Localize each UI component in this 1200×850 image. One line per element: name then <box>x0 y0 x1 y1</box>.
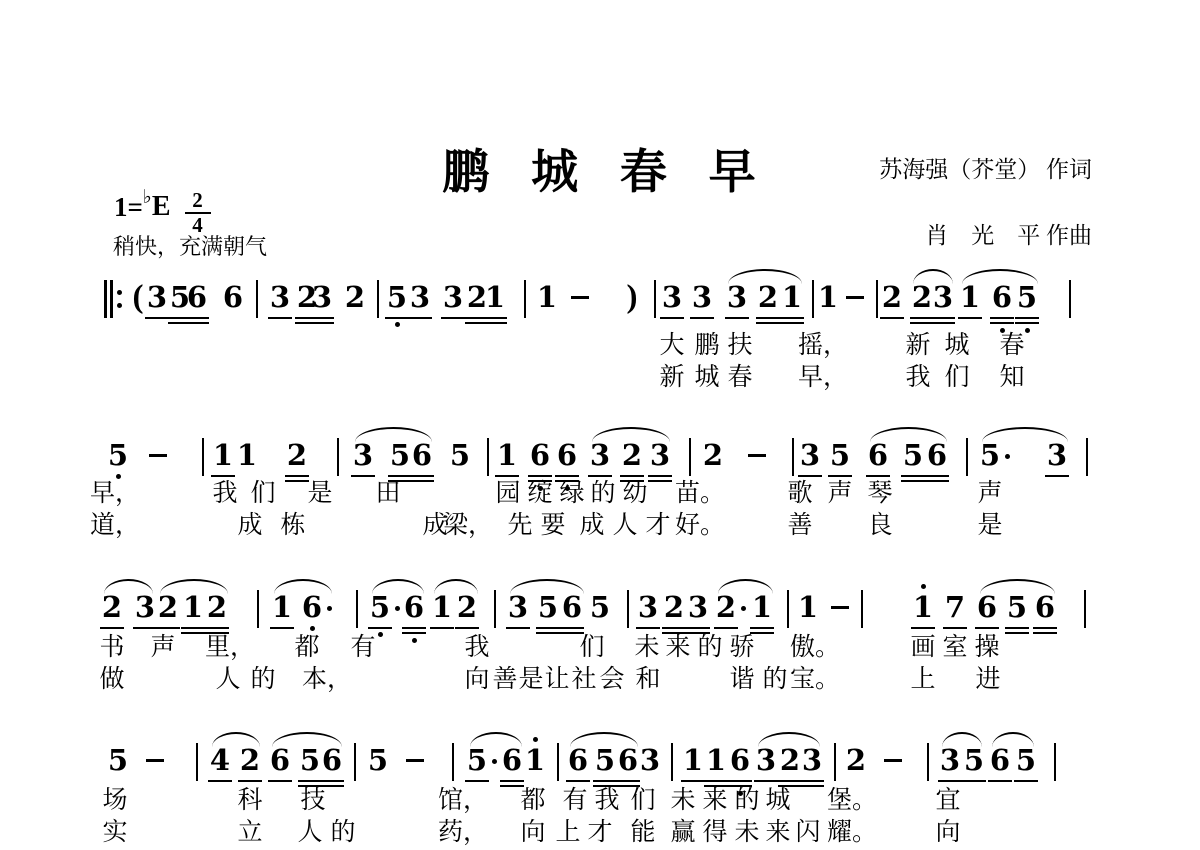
barline <box>861 590 863 628</box>
barline <box>524 280 526 318</box>
lyric-syllable: 场 <box>70 787 160 815</box>
lyric-syllable: 耀。 <box>807 819 897 847</box>
note-digit: 1 <box>521 745 549 775</box>
repeat-barline <box>110 280 113 318</box>
slur-arc <box>870 427 947 442</box>
eighth-underline <box>714 627 738 629</box>
note-digit: 5 <box>1012 745 1040 775</box>
eighth-underline <box>648 475 672 477</box>
eighth-underline <box>660 317 684 319</box>
slur-arc <box>758 732 820 747</box>
eighth-underline <box>990 317 1014 319</box>
slur-arc <box>104 579 153 594</box>
lyric-syllable: 的 <box>298 819 388 847</box>
slur-arc <box>272 732 342 747</box>
sixteenth-underline <box>185 322 209 324</box>
lyricist-credit: 苏海强（芥堂） 作词 <box>879 157 1092 182</box>
note-digit: 3 <box>308 282 336 312</box>
eighth-underline <box>681 780 705 782</box>
parenthesis: ) <box>623 280 641 314</box>
lyric-syllable: 宝。 <box>770 666 860 694</box>
eighth-underline <box>756 317 780 319</box>
slur-arc <box>274 579 332 594</box>
barline <box>627 590 629 628</box>
note-digit: 5 <box>1003 592 1031 622</box>
sixteenth-underline <box>1033 632 1057 634</box>
note-digit: 5 <box>1013 282 1041 312</box>
note-digit: 1 <box>481 282 509 312</box>
lyric-syllable: 和 <box>603 666 693 694</box>
lyric-syllable: 道， <box>70 512 160 540</box>
eighth-underline <box>866 475 890 477</box>
eighth-underline <box>1005 627 1029 629</box>
note-digit: 3 <box>636 745 664 775</box>
note-digit: 6 <box>298 592 326 622</box>
note-digit: 2 <box>283 440 311 470</box>
eighth-underline <box>828 475 852 477</box>
eighth-underline <box>636 627 660 629</box>
note-digit: 3 <box>688 282 716 312</box>
lyric-syllable: 苗。 <box>655 480 745 508</box>
note-digit: 3 <box>406 282 434 312</box>
eighth-underline <box>938 780 962 782</box>
dash-note <box>846 296 864 299</box>
lyric-syllable: 技 <box>268 787 358 815</box>
note-digit: 6 <box>864 440 892 470</box>
eighth-underline <box>616 780 640 782</box>
note-digit: 2 <box>154 592 182 622</box>
eighth-underline <box>988 780 1012 782</box>
eighth-underline <box>1015 317 1039 319</box>
eighth-underline <box>100 627 124 629</box>
eighth-underline <box>285 475 309 477</box>
slur-arc <box>355 427 432 442</box>
barline <box>487 438 489 476</box>
note-digit: 1 <box>533 282 561 312</box>
eighth-underline <box>211 475 235 477</box>
barline <box>354 743 356 781</box>
slur-arc <box>160 579 228 594</box>
note-digit: 4 <box>206 745 234 775</box>
eighth-underline <box>385 317 409 319</box>
flat-symbol: ♭ <box>143 186 152 209</box>
slur-arc <box>992 732 1034 747</box>
barline <box>494 590 496 628</box>
lyric-syllable: 声 <box>945 480 1035 508</box>
barline <box>671 743 673 781</box>
eighth-underline <box>402 627 426 629</box>
barline <box>1069 280 1071 318</box>
barline <box>1054 743 1056 781</box>
note-digit: 3 <box>684 592 712 622</box>
dash-note <box>831 606 849 609</box>
eighth-underline <box>441 317 465 319</box>
eighth-underline <box>1014 780 1038 782</box>
eighth-underline <box>754 780 778 782</box>
eighth-underline <box>506 627 530 629</box>
note-digit: 5 <box>463 745 491 775</box>
eighth-underline <box>566 780 590 782</box>
composer-credit: 肖 光 平 作曲 <box>925 223 1092 248</box>
high-octave-dot <box>533 737 538 742</box>
eighth-underline <box>270 627 294 629</box>
note-digit: 6 <box>564 745 592 775</box>
note-digit: 6 <box>400 592 428 622</box>
eighth-underline <box>1045 475 1069 477</box>
lyric-syllable: 早， <box>778 364 868 392</box>
eighth-underline <box>958 317 982 319</box>
eighth-underline <box>798 475 822 477</box>
sheet-music-page: 鹏 城 春 早 苏海强（芥堂） 作词 肖 光 平 作曲 1=♭E 2 4 稍快，… <box>0 0 1200 850</box>
barline <box>654 280 656 318</box>
note-digit: 1 <box>233 440 261 470</box>
tempo-marking: 稍快，充满朝气 <box>113 230 267 261</box>
lyric-syllable: 琴 <box>835 480 925 508</box>
eighth-underline <box>620 475 644 477</box>
slur-arc <box>728 269 802 284</box>
credits: 苏海强（芥堂） 作词 肖 光 平 作曲 <box>879 153 1092 285</box>
barline <box>377 280 379 318</box>
eighth-underline <box>662 627 686 629</box>
note-digit: 6 <box>526 440 554 470</box>
note-digit: 3 <box>1043 440 1071 470</box>
augmentation-dot <box>395 606 400 611</box>
eighth-underline <box>298 780 322 782</box>
barline <box>557 743 559 781</box>
note-digit: 6 <box>1031 592 1059 622</box>
eighth-underline <box>686 627 710 629</box>
eighth-underline <box>310 317 334 319</box>
note-digit: 2 <box>842 745 870 775</box>
eighth-underline <box>725 317 749 319</box>
lyric-syllable: 良 <box>835 512 925 540</box>
eighth-underline <box>750 627 774 629</box>
eighth-underline <box>351 475 375 477</box>
dash-note <box>884 759 902 762</box>
note-digit: 3 <box>634 592 662 622</box>
slur-arc <box>372 579 424 594</box>
eighth-underline <box>368 627 392 629</box>
augmentation-dot <box>492 759 497 764</box>
eighth-underline <box>238 780 262 782</box>
lyric-syllable: 实 <box>70 819 160 847</box>
dash-note <box>571 296 589 299</box>
barline <box>787 590 789 628</box>
eighth-underline <box>483 317 507 319</box>
meter-numerator: 2 <box>185 190 211 214</box>
eighth-underline <box>388 475 412 477</box>
eighth-underline <box>943 627 967 629</box>
sixteenth-underline <box>990 322 1014 324</box>
eighth-underline <box>975 627 999 629</box>
note-digit: 6 <box>986 745 1014 775</box>
eighth-underline <box>704 780 728 782</box>
note-digit: 2 <box>236 745 264 775</box>
eighth-underline <box>205 627 229 629</box>
slur-arc <box>982 427 1068 442</box>
lyric-syllable: 我 <box>432 634 522 662</box>
low-octave-dot <box>310 626 315 631</box>
repeat-barline <box>104 280 107 318</box>
low-octave-dot <box>412 638 417 643</box>
note-digit: 3 <box>796 440 824 470</box>
barline <box>452 743 454 781</box>
augmentation-dot <box>741 606 746 611</box>
eighth-underline <box>133 627 157 629</box>
eighth-underline <box>185 317 209 319</box>
eighth-underline <box>690 317 714 319</box>
key-tonic: E <box>152 190 171 224</box>
note-digit: 6 <box>973 592 1001 622</box>
eighth-underline <box>268 317 292 319</box>
note-digit: 6 <box>266 745 294 775</box>
eighth-underline <box>455 627 479 629</box>
lyric-syllable: 向 <box>903 819 993 847</box>
eighth-underline <box>145 317 169 319</box>
note-digit: 3 <box>504 592 532 622</box>
eighth-underline <box>1033 627 1057 629</box>
note-digit: 2 <box>453 592 481 622</box>
note-digit: 6 <box>923 440 951 470</box>
slur-arc <box>942 732 982 747</box>
dash-note <box>146 759 164 762</box>
note-digit: 2 <box>712 592 740 622</box>
sixteenth-underline <box>780 322 804 324</box>
eighth-underline <box>495 475 519 477</box>
eighth-underline <box>800 780 824 782</box>
eighth-underline <box>728 780 752 782</box>
barline <box>202 438 204 476</box>
note-digit: 1 <box>909 592 937 622</box>
eighth-underline <box>500 780 524 782</box>
repeat-dot <box>117 290 122 295</box>
lyric-syllable: 有 <box>318 634 408 662</box>
barline <box>834 743 836 781</box>
eighth-underline <box>408 317 432 319</box>
note-digit: 6 <box>183 282 211 312</box>
eighth-underline <box>931 317 955 319</box>
barline <box>792 438 794 476</box>
note-digit: 1 <box>493 440 521 470</box>
note-digit: 3 <box>658 282 686 312</box>
note-digit: 5 <box>976 440 1004 470</box>
eighth-underline <box>181 627 205 629</box>
lyric-syllable: 春 <box>967 332 1057 360</box>
sixteenth-underline <box>931 322 955 324</box>
sixteenth-underline <box>1015 322 1039 324</box>
eighth-underline <box>528 475 552 477</box>
note-digit: 1 <box>428 592 456 622</box>
eighth-underline <box>880 317 904 319</box>
lyric-syllable: 进 <box>943 666 1033 694</box>
note-digit: 6 <box>553 440 581 470</box>
lyric-syllable: 堡。 <box>807 787 897 815</box>
eighth-underline <box>911 627 935 629</box>
slur-arc <box>592 427 670 442</box>
note-digit: 3 <box>646 440 674 470</box>
note-digit: 1 <box>814 282 842 312</box>
slur-arc <box>718 579 773 594</box>
repeat-dot <box>117 303 122 308</box>
slur-arc <box>980 579 1055 594</box>
note-digit: 6 <box>219 282 247 312</box>
eighth-underline <box>465 780 489 782</box>
lyric-syllable: 栋 <box>248 512 338 540</box>
note-digit: 3 <box>723 282 751 312</box>
eighth-underline <box>780 317 804 319</box>
lyric-syllable: 好。 <box>655 512 745 540</box>
slur-arc <box>434 579 478 594</box>
eighth-underline <box>268 780 292 782</box>
lyric-syllable: 早， <box>70 480 160 508</box>
eighth-underline <box>962 780 986 782</box>
eighth-underline <box>208 780 232 782</box>
augmentation-dot <box>1005 454 1010 459</box>
dash-note <box>748 454 766 457</box>
lyric-syllable: 田 <box>343 480 433 508</box>
sixteenth-underline <box>483 322 507 324</box>
slur-arc <box>470 732 522 747</box>
augmentation-dot <box>327 606 332 611</box>
note-digit: 5 <box>586 592 614 622</box>
lyric-syllable: 知 <box>967 364 1057 392</box>
note-digit: 3 <box>586 440 614 470</box>
note-digit: 5 <box>960 745 988 775</box>
barline <box>927 743 929 781</box>
barline <box>1086 438 1088 476</box>
slur-arc <box>212 732 260 747</box>
key-prefix: 1= <box>114 190 143 224</box>
note-digit: 6 <box>408 440 436 470</box>
note-digit: 5 <box>104 440 132 470</box>
eighth-underline <box>156 627 180 629</box>
eighth-underline <box>588 475 612 477</box>
note-digit: 5 <box>364 745 392 775</box>
eighth-underline <box>925 475 949 477</box>
lyric-syllable: 扶 <box>695 332 785 360</box>
note-digit: 5 <box>104 745 132 775</box>
eighth-underline <box>410 475 434 477</box>
lyric-syllable: 善 <box>755 512 845 540</box>
barline <box>196 743 198 781</box>
eighth-underline <box>778 780 802 782</box>
note-digit: 1 <box>268 592 296 622</box>
note-digit: 3 <box>798 745 826 775</box>
note-digit: 1 <box>956 282 984 312</box>
eighth-underline <box>320 780 344 782</box>
note-digit: 2 <box>341 282 369 312</box>
high-octave-dot <box>921 584 926 589</box>
barline <box>356 590 358 628</box>
eighth-underline <box>555 475 579 477</box>
eighth-underline <box>430 627 454 629</box>
barline <box>966 438 968 476</box>
eighth-underline <box>560 627 584 629</box>
note-digit: 2 <box>203 592 231 622</box>
note-digit: 3 <box>266 282 294 312</box>
lyric-syllable: 傲。 <box>770 634 860 662</box>
note-digit: 1 <box>748 592 776 622</box>
note-digit: 1 <box>794 592 822 622</box>
lyric-syllable: 宜 <box>903 787 993 815</box>
note-digit: 3 <box>349 440 377 470</box>
note-digit: 5 <box>366 592 394 622</box>
slur-arc <box>510 579 584 594</box>
note-digit: 2 <box>98 592 126 622</box>
sixteenth-underline <box>310 322 334 324</box>
note-digit: 2 <box>699 440 727 470</box>
lyric-syllable: 操 <box>942 634 1032 662</box>
note-digit: 2 <box>618 440 646 470</box>
note-digit: 6 <box>318 745 346 775</box>
note-digit: 6 <box>558 592 586 622</box>
note-digit: 6 <box>726 745 754 775</box>
eighth-underline <box>593 780 617 782</box>
dash-note <box>149 454 167 457</box>
low-octave-dot <box>395 322 400 327</box>
note-digit: 2 <box>878 282 906 312</box>
eighth-underline <box>901 475 925 477</box>
lyric-syllable: 春 <box>695 364 785 392</box>
note-digit: 5 <box>826 440 854 470</box>
note-digit: 6 <box>988 282 1016 312</box>
lyric-syllable: 摇， <box>778 332 868 360</box>
note-digit: 1 <box>778 282 806 312</box>
barline <box>1084 590 1086 628</box>
note-digit: 7 <box>941 592 969 622</box>
low-octave-dot <box>116 474 121 479</box>
sixteenth-underline <box>756 322 780 324</box>
eighth-underline <box>536 627 560 629</box>
barline <box>689 438 691 476</box>
lyric-syllable: 做 <box>67 666 157 694</box>
lyric-syllable: 本， <box>282 666 372 694</box>
barline <box>337 438 339 476</box>
lyric-syllable: 是 <box>945 512 1035 540</box>
barline <box>256 280 258 318</box>
note-digit: 3 <box>929 282 957 312</box>
note-digit: 5 <box>446 440 474 470</box>
barline <box>257 590 259 628</box>
slur-arc <box>570 732 638 747</box>
dash-note <box>406 759 424 762</box>
